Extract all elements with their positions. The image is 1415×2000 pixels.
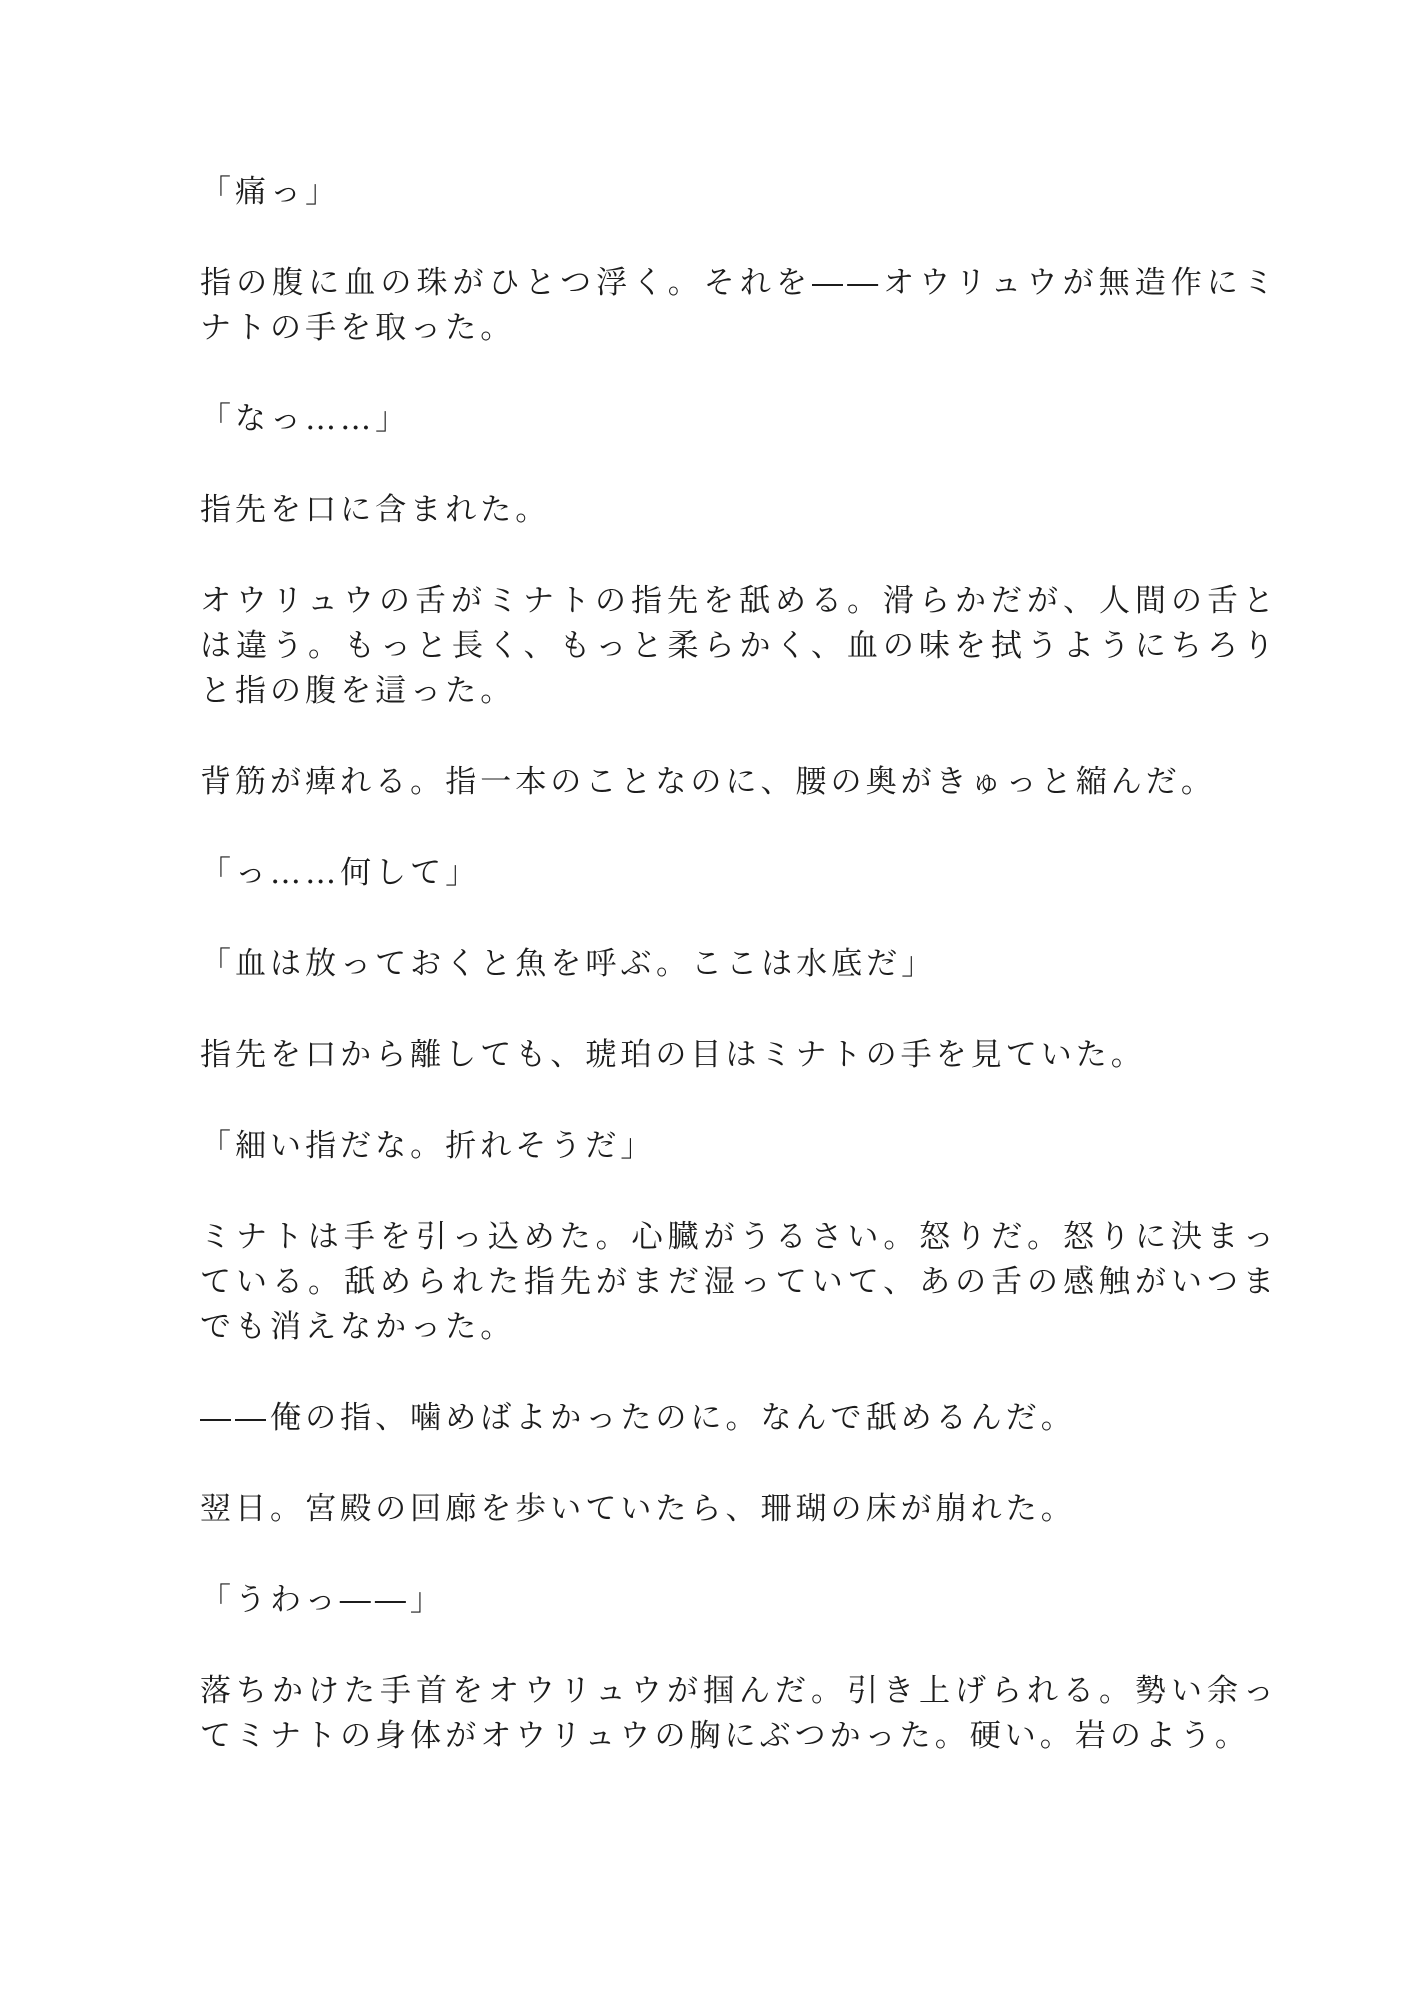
paragraph: 指先を口から離しても、琥珀の目はミナトの手を見ていた。: [200, 1033, 1278, 1078]
paragraph: 「痛っ」: [200, 170, 1278, 215]
paragraph: 背筋が痺れる。指一本のことなのに、腰の奥がきゅっと縮んだ。: [200, 760, 1278, 805]
paragraph: 「細い指だな。折れそうだ」: [200, 1124, 1278, 1169]
paragraph: 「うわっ――」: [200, 1578, 1278, 1623]
paragraph: 「なっ……」: [200, 397, 1278, 442]
paragraph: 指の腹に血の珠がひとつ浮く。それを――オウリュウが無造作にミナトの手を取った。: [200, 261, 1278, 351]
text-column: 「痛っ」指の腹に血の珠がひとつ浮く。それを――オウリュウが無造作にミナトの手を取…: [200, 170, 1278, 1759]
document-page: 「痛っ」指の腹に血の珠がひとつ浮く。それを――オウリュウが無造作にミナトの手を取…: [0, 0, 1415, 2000]
paragraph: 翌日。宮殿の回廊を歩いていたら、珊瑚の床が崩れた。: [200, 1487, 1278, 1532]
paragraph: 落ちかけた手首をオウリュウが掴んだ。引き上げられる。勢い余ってミナトの身体がオウ…: [200, 1669, 1278, 1759]
paragraph: ミナトは手を引っ込めた。心臓がうるさい。怒りだ。怒りに決まっている。舐められた指…: [200, 1215, 1278, 1350]
paragraph: ――俺の指、噛めばよかったのに。なんで舐めるんだ。: [200, 1396, 1278, 1441]
paragraph: 指先を口に含まれた。: [200, 488, 1278, 533]
paragraph: 「っ……何して」: [200, 851, 1278, 896]
paragraph: 「血は放っておくと魚を呼ぶ。ここは水底だ」: [200, 942, 1278, 987]
paragraph: オウリュウの舌がミナトの指先を舐める。滑らかだが、人間の舌とは違う。もっと長く、…: [200, 579, 1278, 714]
